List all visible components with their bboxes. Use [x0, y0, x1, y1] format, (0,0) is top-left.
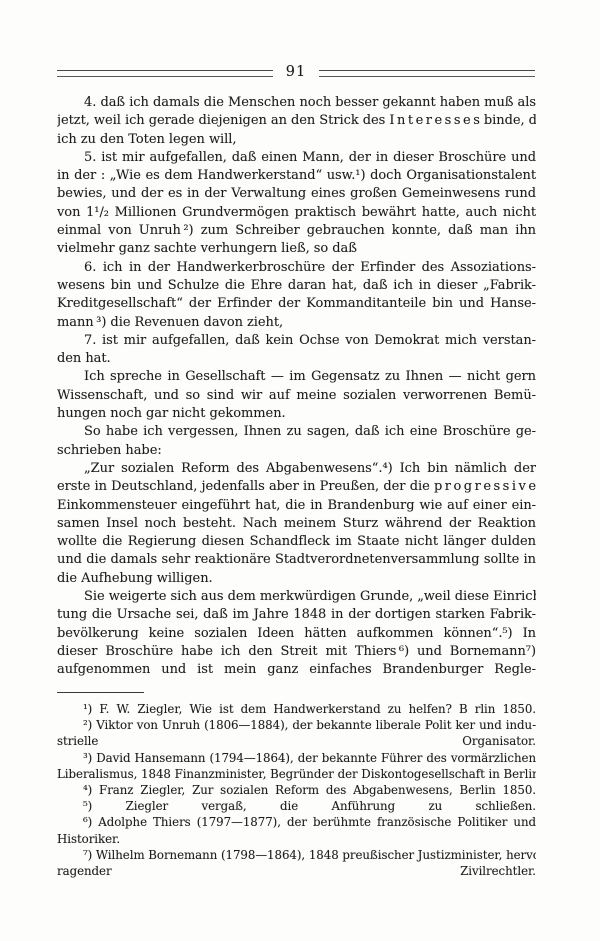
text-line: von 1¹/₂ Millionen Grundvermögen praktis… [57, 204, 536, 222]
text-line: jetzt, weil ich gerade diejenigen an den… [57, 112, 536, 130]
text-line: „Zur sozialen Reform des Abgabenwesens“.… [57, 460, 536, 478]
text-line: hungen noch gar nicht gekommen. [57, 405, 536, 423]
text-line: tung die Ursache sei, daß im Jahre 1848 … [57, 606, 536, 624]
text-line: vielmehr ganz sachte verhungern ließ, so… [57, 240, 536, 258]
footnote-line: strielle Organisator. [57, 733, 536, 749]
text-line: erste in Deutschland, jedenfalls aber in… [57, 478, 536, 496]
page-number: 91 [286, 65, 306, 82]
text-line: mann ³) die Revenuen davon zieht, [57, 314, 536, 332]
text-line: bewies, und der es in der Verwaltung ein… [57, 185, 536, 203]
footnote-line: Historiker. [57, 831, 536, 847]
text-line: samen Insel noch besteht. Nach meinem St… [57, 515, 536, 533]
text-line: Ich spreche in Gesellschaft — im Gegensa… [57, 368, 536, 386]
footnote-separator-rule [57, 692, 144, 693]
text-line: 7. ist mir aufgefallen, daß kein Ochse v… [57, 332, 536, 350]
text-line: Wissenschaft, und so sind wir auf meine … [57, 387, 536, 405]
header-rule-right [319, 70, 535, 77]
footnote-line: ⁷) Wilhelm Bornemann (1798—1864), 1848 p… [57, 847, 536, 863]
book-page: 91 4. daß ich damals die Menschen noch b… [0, 0, 600, 941]
text-line: die Aufhebung willigen. [57, 570, 536, 588]
body-text: 4. daß ich damals die Menschen noch bess… [57, 94, 536, 680]
footnote-line: ⁴) Franz Ziegler, Zur sozialen Reform de… [57, 782, 536, 798]
text-line: in der : „Wie es dem Handwerkerstand“ us… [57, 167, 536, 185]
text-line: einmal von Unruh ²) zum Schreiber gebrau… [57, 222, 536, 240]
footnote-line: ⁵) Ziegler vergaß, die Anführung zu schl… [57, 798, 536, 814]
text-line: Einkommensteuer eingeführt hat, die in B… [57, 497, 536, 515]
text-line: schrieben habe: [57, 442, 536, 460]
text-line: wollte die Regierung diesen Schandfleck … [57, 533, 536, 551]
text-line: 6. ich in der Handwerkerbroschüre der Er… [57, 259, 536, 277]
text-line: wesens bin und Schulze die Ehre daran ha… [57, 277, 536, 295]
text-line: Kreditgesellschaft“ der Erfinder der Kom… [57, 295, 536, 313]
footnote-line: ragender Zivilrechtler. [57, 863, 536, 879]
footnote-line: Liberalismus, 1848 Finanzminister, Begrü… [57, 766, 536, 782]
text-line: 5. ist mir aufgefallen, daß einen Mann, … [57, 149, 536, 167]
text-line: So habe ich vergessen, Ihnen zu sagen, d… [57, 423, 536, 441]
text-line: und die damals sehr reaktionäre Stadtver… [57, 551, 536, 569]
footnote-line: ⁶) Adolphe Thiers (1797—1877), der berüh… [57, 814, 536, 830]
footnotes: ¹) F. W. Ziegler, Wie ist dem Handwerker… [57, 701, 536, 879]
header-rule-left [57, 70, 273, 77]
footnote-line: ¹) F. W. Ziegler, Wie ist dem Handwerker… [57, 701, 536, 717]
footnote-line: ²) Viktor von Unruh (1806—1884), der bek… [57, 717, 536, 733]
text-line: dieser Broschüre habe ich den Streit mit… [57, 643, 536, 661]
text-line: aufgenommen und ist mein ganz einfaches … [57, 661, 536, 679]
text-line: Sie weigerte sich aus dem merkwürdigen G… [57, 588, 536, 606]
text-line: ich zu den Toten legen will, [57, 131, 536, 149]
text-line: bevölkerung keine sozialen Ideen hätten … [57, 625, 536, 643]
running-head: 91 [57, 64, 535, 82]
footnote-line: ³) David Hansemann (1794—1864), der beka… [57, 750, 536, 766]
text-line: den hat. [57, 350, 536, 368]
text-line: 4. daß ich damals die Menschen noch bess… [57, 94, 536, 112]
